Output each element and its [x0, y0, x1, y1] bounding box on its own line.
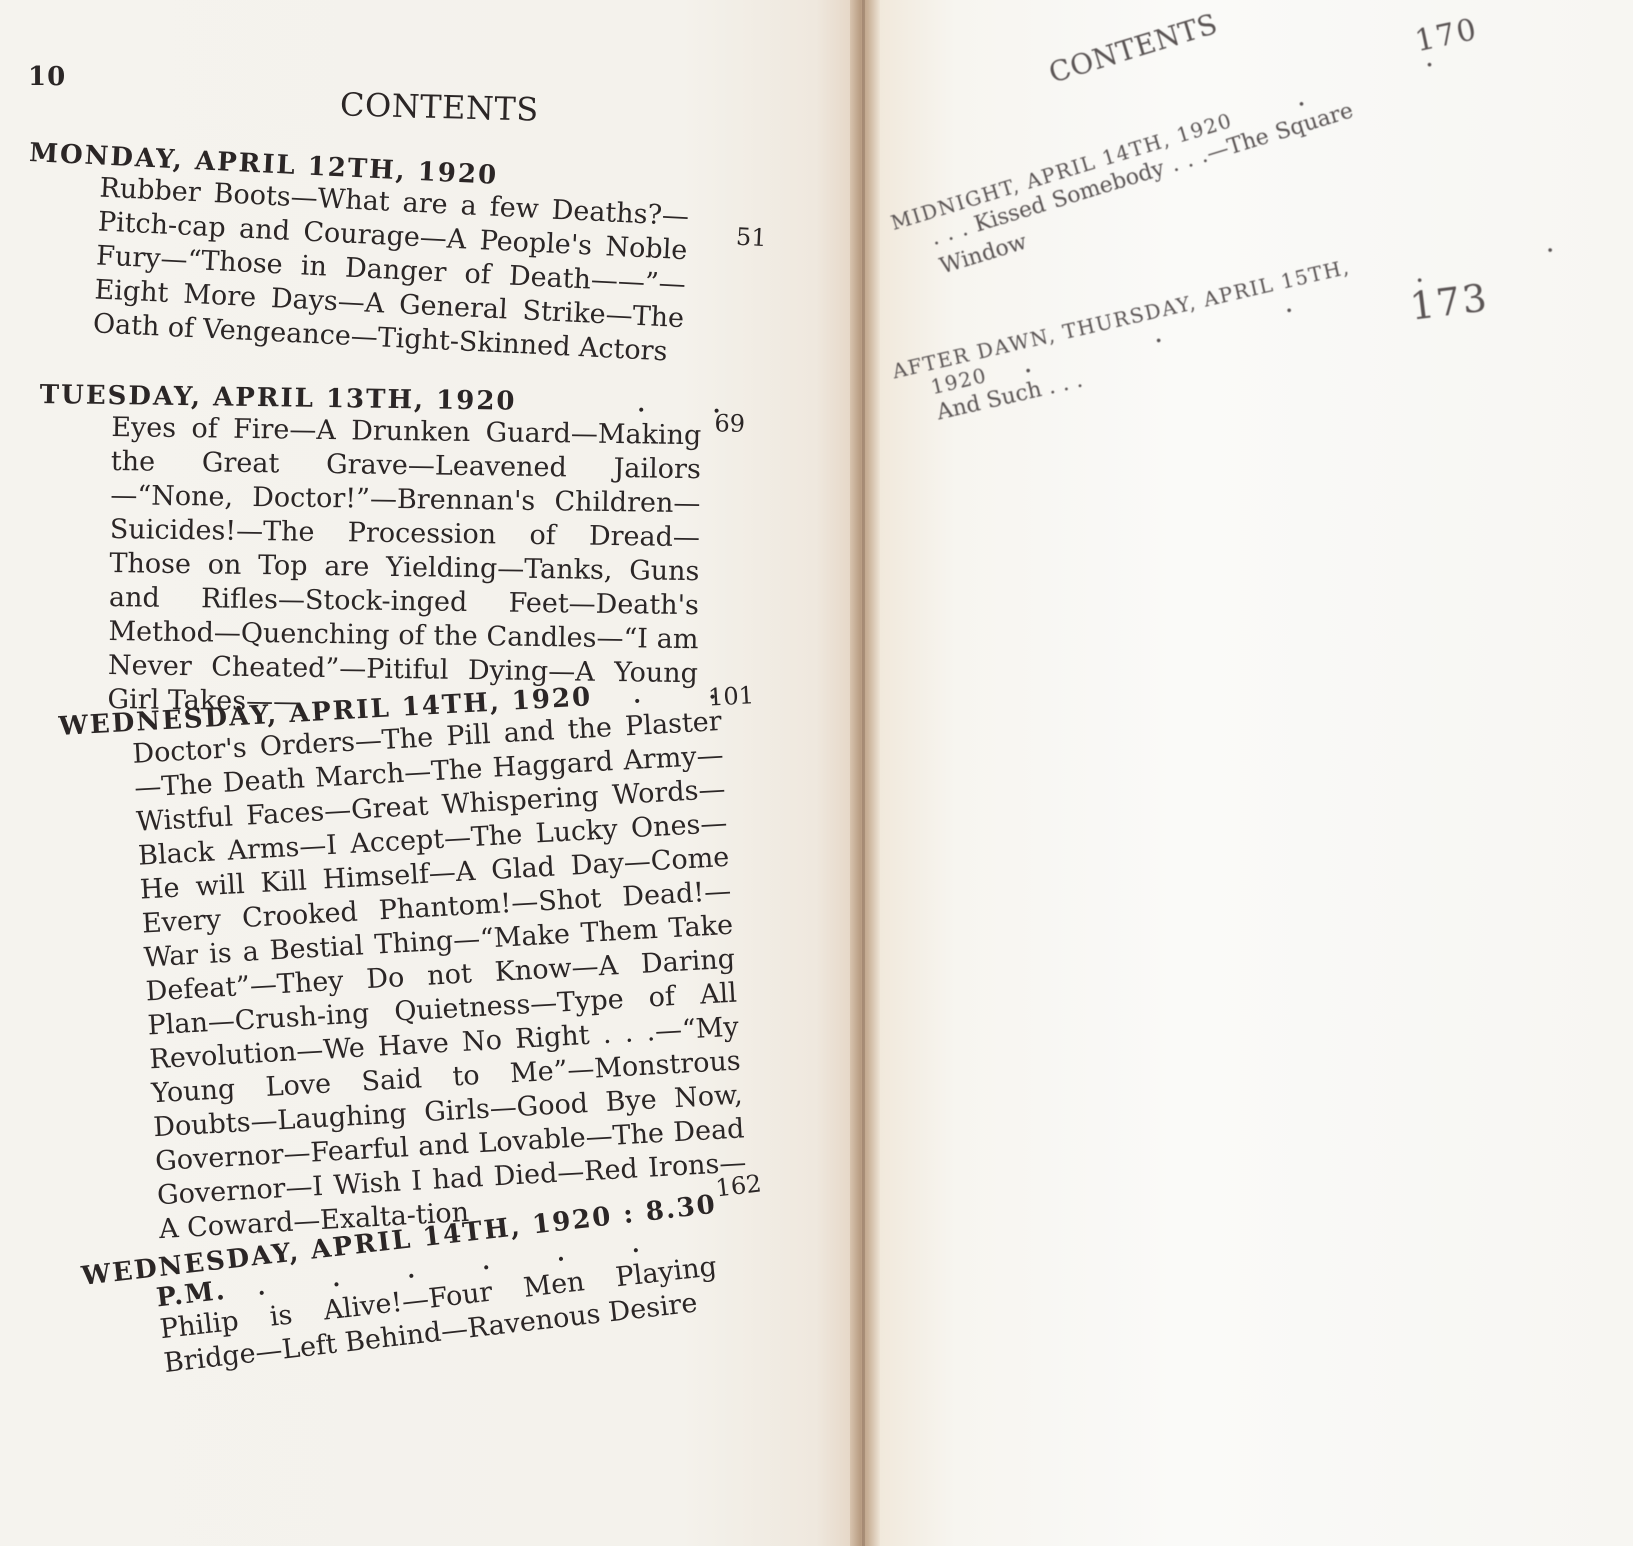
running-head: CONTENTS	[1045, 7, 1221, 90]
right-page-content: CONTENTS 170 MIDNIGHT, APRIL 14TH, 1920 …	[880, 0, 1633, 600]
dot-leader: . .	[1293, 29, 1492, 111]
book-gutter	[850, 0, 880, 1546]
gutter-shadow	[862, 0, 865, 1546]
entry-description: Doctor's Orders—The Pill and the Plaster…	[132, 705, 750, 1247]
entry-description: Eyes of Fire—A Drunken Guard—Making the …	[107, 411, 701, 725]
entry-page-number: 162	[714, 1169, 763, 1202]
open-book-spread: 10 CONTENTS MONDAY, APRIL 12TH, 1920 51 …	[0, 0, 1633, 1546]
left-page-content: 10 CONTENTS MONDAY, APRIL 12TH, 1920 51 …	[0, 0, 850, 1546]
entry-page-number: 51	[735, 223, 767, 252]
toc-entry: TUESDAY, APRIL 13TH, 1920 . . 69 Eyes of…	[35, 380, 750, 726]
page-number: 10	[28, 62, 66, 92]
running-head: CONTENTS	[340, 85, 540, 128]
entry-page-number: 101	[707, 681, 754, 712]
toc-entry: MONDAY, APRIL 12TH, 1920 51 Rubber Boots…	[20, 138, 691, 370]
entry-page-number: 69	[714, 409, 745, 437]
entry-description: Rubber Boots—What are a few Deaths?—Pitc…	[92, 171, 690, 370]
toc-entry: WEDNESDAY, APRIL 14TH, 1920 . . 101 Doct…	[58, 674, 775, 1252]
